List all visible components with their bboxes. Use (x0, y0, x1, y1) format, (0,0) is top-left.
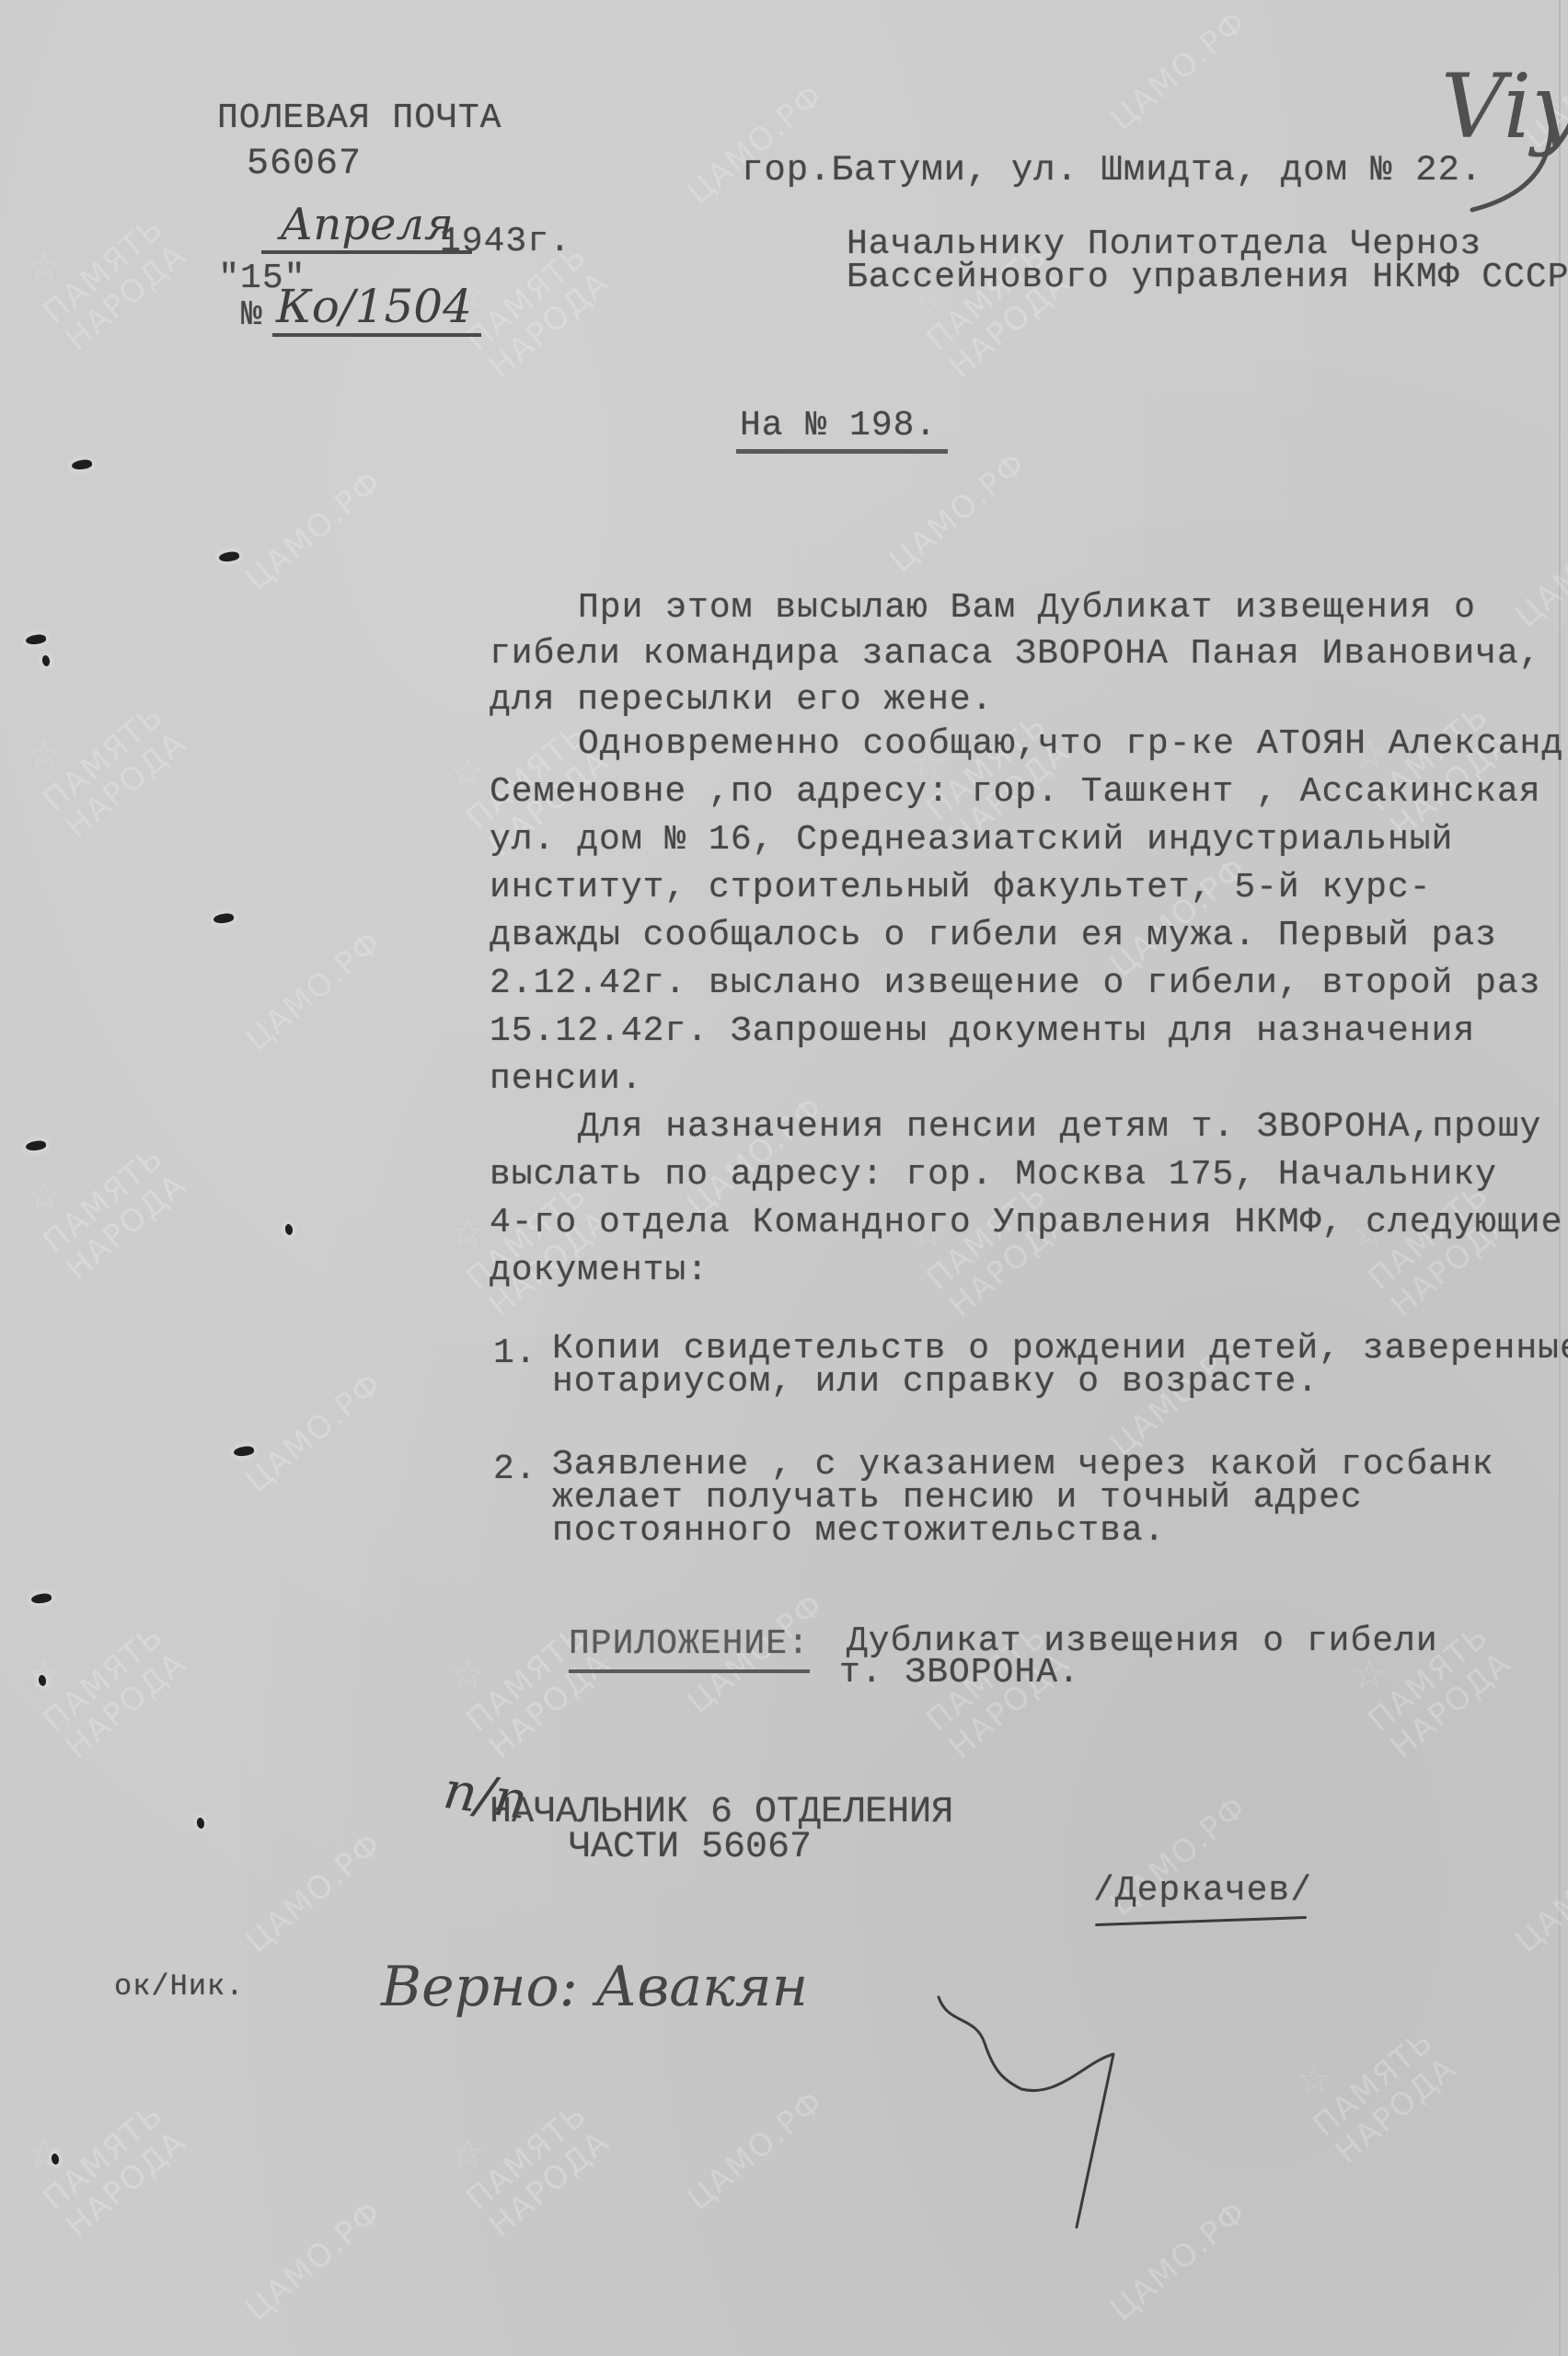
watermark-project: ПАМЯТЬ НАРОДА (920, 1176, 1077, 1323)
watermark-star-icon: ☆ (451, 1196, 484, 1265)
body-line: Одновременно сообщаю,что гр-ке АТОЯН Але… (578, 722, 1563, 768)
body-line: институт, строительный факультет, 5-й ку… (490, 865, 1432, 911)
watermark-project: ПАМЯТЬ НАРОДА (37, 2096, 193, 2244)
list-item-line: постоянного местожительства. (552, 1513, 1166, 1550)
punch-hole (30, 1592, 52, 1605)
watermark-star-icon: ☆ (451, 1638, 484, 1706)
watermark-star-icon: ☆ (28, 230, 61, 298)
watermark-site: ЦАМО.РФ (681, 2084, 831, 2217)
watermark-site: ЦАМО.РФ (1104, 4, 1254, 137)
body-line: Для назначения пенсии детям т. ЗВОРОНА,п… (578, 1104, 1541, 1150)
ref-prefix: № (241, 293, 263, 339)
punch-hole (71, 458, 92, 471)
watermark-project: ПАМЯТЬ НАРОДА (37, 698, 193, 845)
ref-number-handwritten: Ко/1504 (272, 280, 481, 337)
body-line: дважды сообщалось о гибели ея мужа. Перв… (490, 913, 1497, 959)
watermark-star-icon: ☆ (28, 1638, 61, 1706)
body-line: гибели командира запаса ЗВОРОНА Паная Ив… (490, 631, 1541, 677)
field-post-number: 56067 (247, 142, 362, 188)
punch-hole (25, 633, 46, 646)
signature-underline (1095, 1916, 1307, 1926)
reference-number: На № 198. (736, 403, 948, 454)
punch-hole (51, 2153, 60, 2165)
punch-hole (196, 1817, 205, 1829)
punch-hole (284, 1223, 294, 1235)
list-item-line: нотариусом, или справку о возрасте. (552, 1364, 1319, 1401)
watermark-star-icon: ☆ (28, 1160, 61, 1228)
body-line: 2.12.42г. выслано извещение о гибели, вт… (490, 961, 1541, 1007)
body-line: 15.12.42г. Запрошены документы для назна… (490, 1009, 1475, 1055)
corner-mark-stroke (1463, 101, 1564, 221)
body-line: При этом высылаю Вам Дубликат извещения … (578, 585, 1476, 631)
signatory-title-line-1: НАЧАЛЬНИК 6 ОТДЕЛЕНИЯ (490, 1795, 953, 1831)
watermark-site: ЦАМО.РФ (239, 464, 389, 597)
document-page: ЦАМО.РФЦАМО.РФЦАМО.РФЦАМО.РФЦАМО.РФЦАМО.… (0, 0, 1568, 2356)
typist-initials: ок/Ник. (114, 1964, 244, 2010)
punch-hole (41, 654, 51, 666)
watermark-site: ЦАМО.РФ (239, 1366, 389, 1499)
watermark-project: ПАМЯТЬ НАРОДА (1307, 2023, 1463, 2170)
attachment-label: ПРИЛОЖЕНИЕ: (569, 1622, 810, 1673)
date-year: 1943г. (440, 219, 571, 265)
watermark-star-icon: ☆ (1297, 2043, 1331, 2111)
watermark-project: ПАМЯТЬ НАРОДА (1362, 1176, 1518, 1323)
watermark-project: ПАМЯТЬ НАРОДА (37, 1618, 193, 1765)
list-item-number: 2. (493, 1447, 537, 1493)
list-item-number: 1. (493, 1331, 537, 1377)
signatory-name: /Деркачев/ (1093, 1868, 1312, 1914)
field-post-label: ПОЛЕВАЯ ПОЧТА (217, 96, 502, 142)
watermark-star-icon: ☆ (451, 2117, 484, 2185)
page-edge (1559, 0, 1561, 2356)
watermark-star-icon: ☆ (28, 2117, 61, 2185)
body-line: для пересылки его жене. (490, 677, 994, 723)
punch-hole (38, 1674, 47, 1686)
certification-handwritten: Верно: Авакян (381, 1955, 808, 2019)
addressee-line-2: Бассейнового управления НКМФ СССР (847, 261, 1568, 294)
body-line: Семеновне ,по адресу: гор. Ташкент , Асс… (490, 769, 1541, 815)
body-line: документы: (490, 1248, 709, 1294)
body-line: 4-го отдела Командного Управления НКМФ, … (490, 1200, 1562, 1246)
certification-signature-stroke (920, 1988, 1159, 2236)
body-line: пенсии. (490, 1057, 643, 1103)
punch-hole (218, 550, 239, 563)
attachment-line: т. ЗВОРОНА. (839, 1655, 1080, 1692)
watermark-star-icon: ☆ (451, 736, 484, 804)
watermark-project: ПАМЯТЬ НАРОДА (37, 1139, 193, 1287)
watermark-site: ЦАМО.РФ (239, 1826, 389, 1959)
punch-hole (233, 1445, 254, 1458)
body-line: ул. дом № 16, Среднеазиатский индустриал… (490, 817, 1453, 863)
body-line: выслать по адресу: гор. Москва 175, Нача… (490, 1152, 1497, 1198)
watermark-star-icon: ☆ (28, 718, 61, 786)
watermark-site: ЦАМО.РФ (883, 445, 1033, 579)
addressee-line-1: Начальнику Политотдела Черноз (847, 228, 1482, 261)
punch-hole (25, 1139, 46, 1152)
signatory-title-line-2: ЧАСТИ 56067 (569, 1830, 812, 1866)
watermark-site: ЦАМО.РФ (239, 2194, 389, 2327)
watermark-project: ПАМЯТЬ НАРОДА (460, 2096, 617, 2244)
sender-address: гор.Батуми, ул. Шмидта, дом № 22. (742, 147, 1482, 193)
punch-hole (213, 912, 234, 925)
watermark-site: ЦАМО.РФ (239, 924, 389, 1057)
